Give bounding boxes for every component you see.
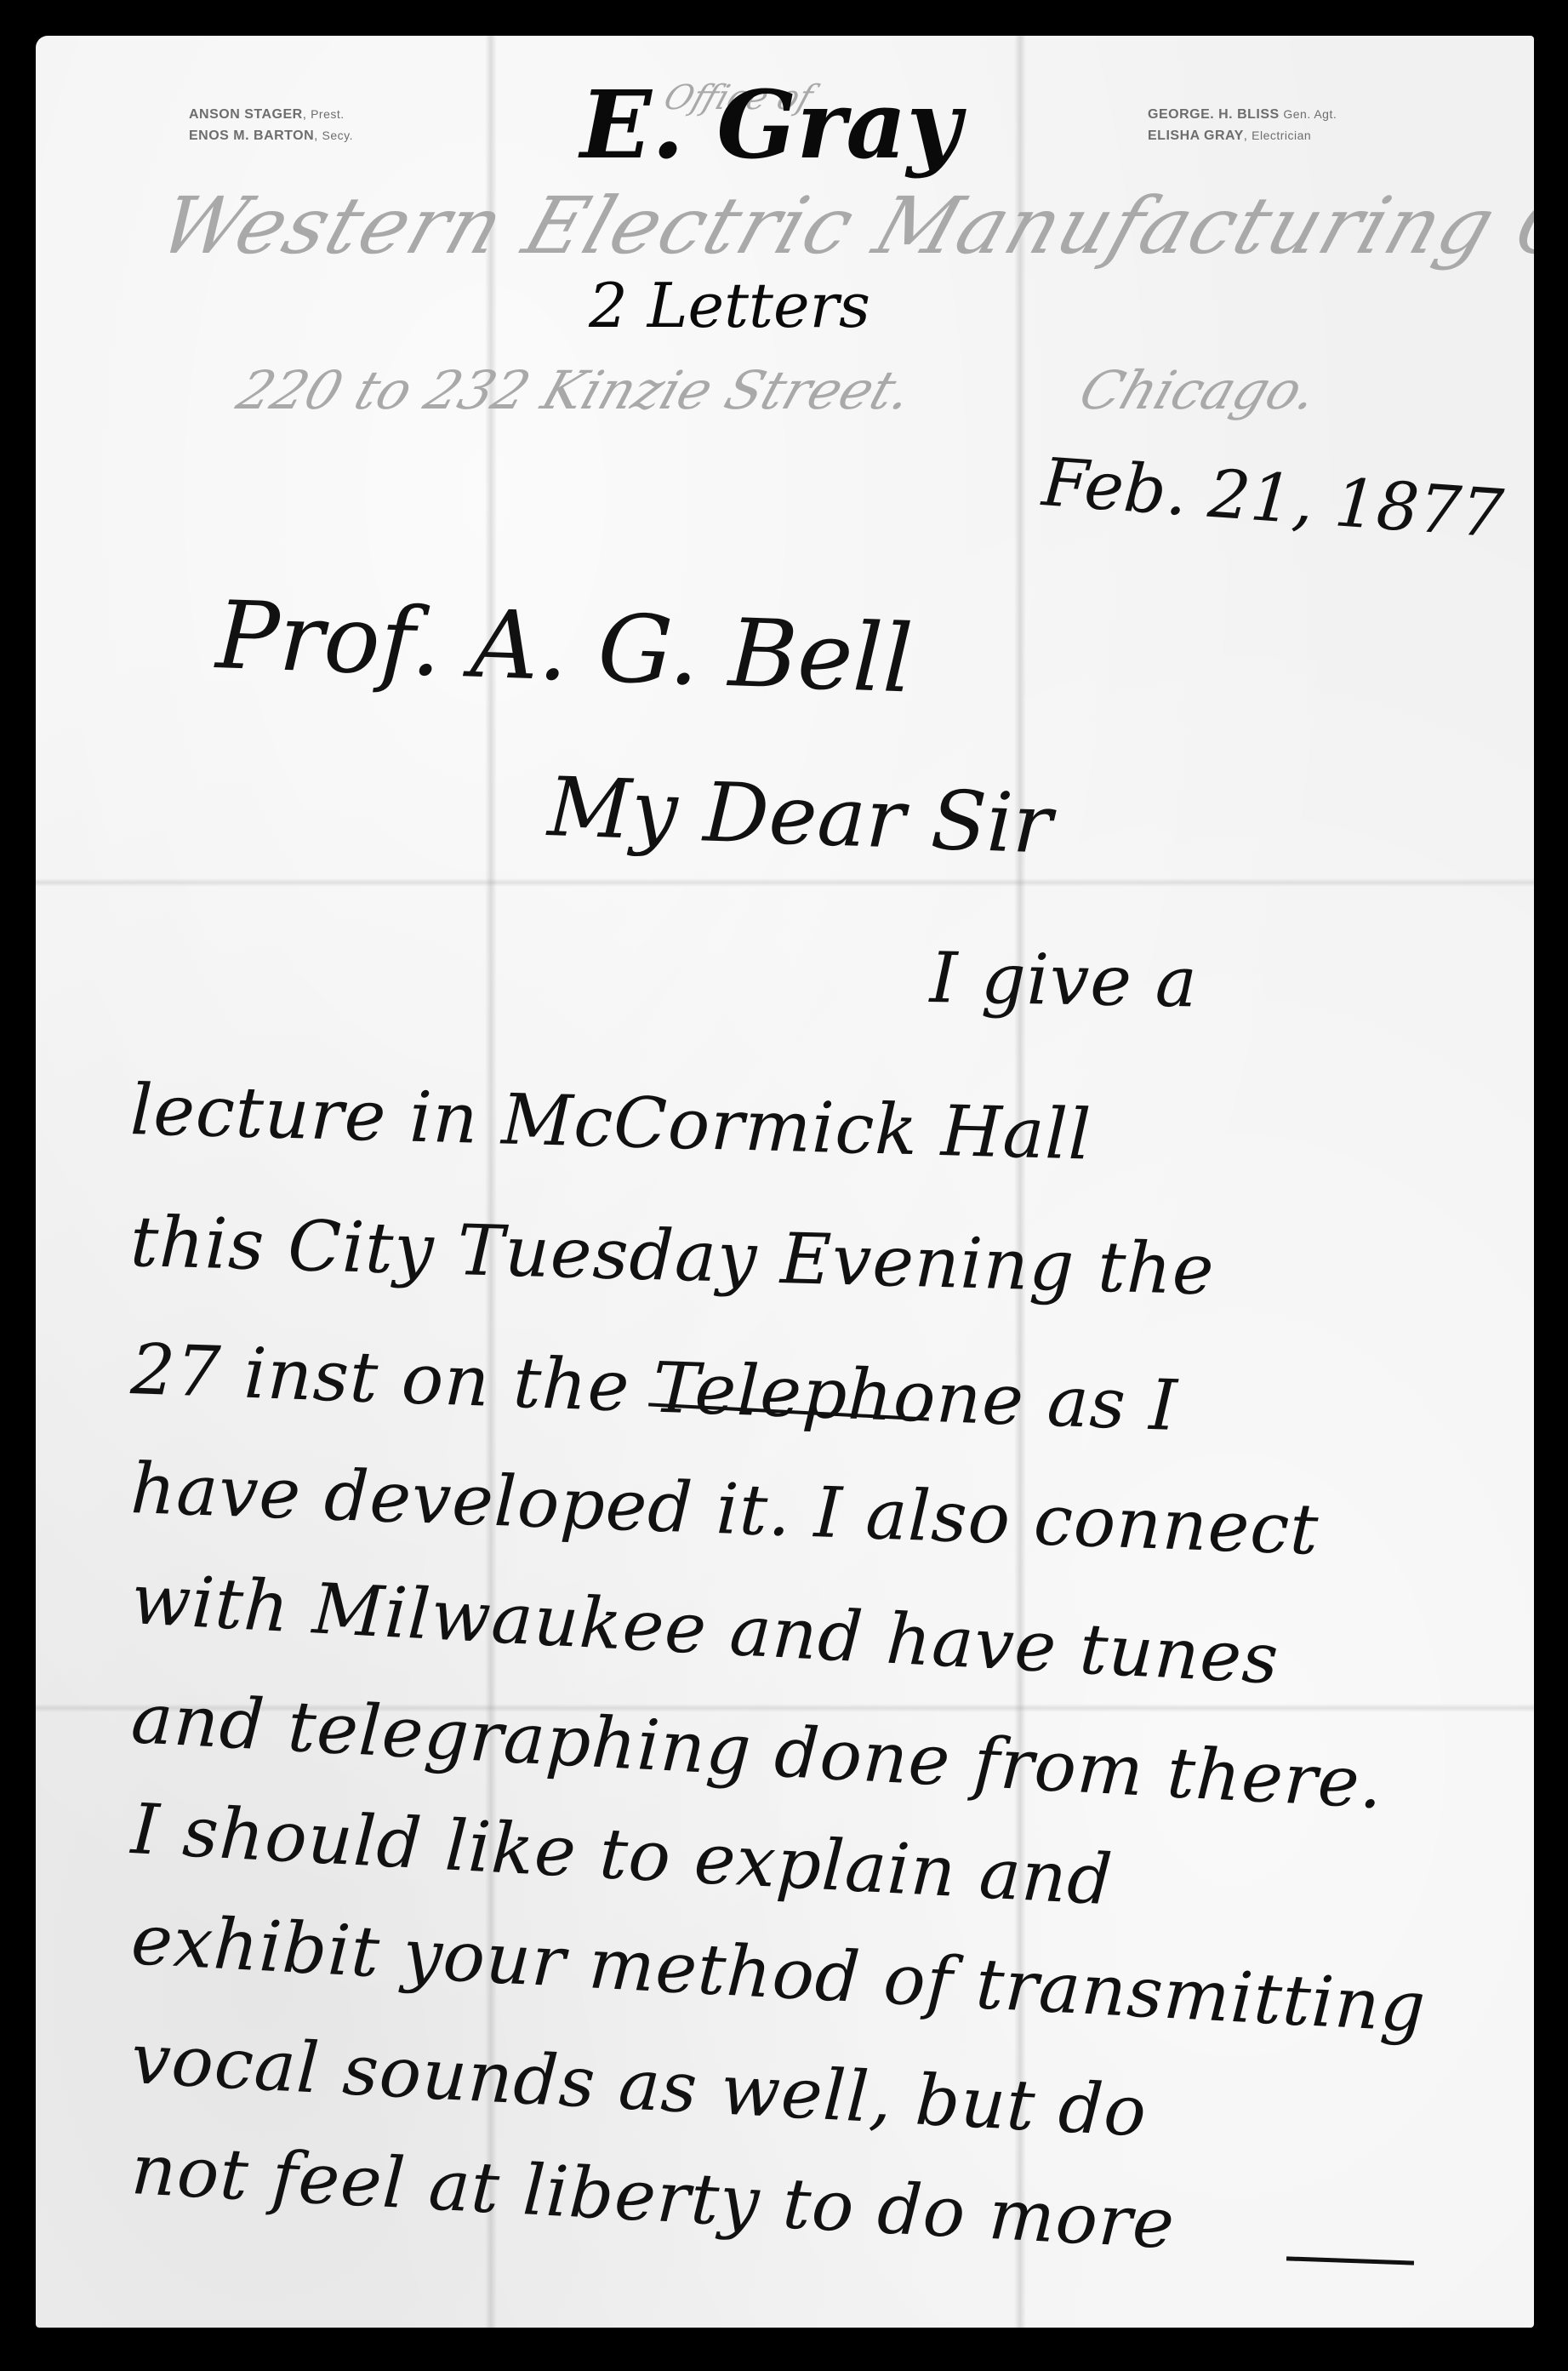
letter-body-line: this City Tuesday Evening the [129,1202,1216,1311]
letter-salutation: My Dear Sir [546,759,1053,872]
letter-body-line: lecture in McCormick Hall [129,1070,1092,1176]
letter-page: ANSON STAGER, Prest. ENOS M. BARTON, Sec… [36,36,1534,2328]
letter-date: Feb. 21, 1877 [1040,444,1506,553]
officer-name: GEORGE. H. BLISS [1148,107,1280,122]
letterhead-city: Chicago. [1072,359,1326,421]
officer-line: ANSON STAGER, Prest. [189,104,353,125]
officer-name: ELISHA GRAY [1148,129,1244,143]
underline-mark-more [1286,2256,1414,2265]
officer-line: ELISHA GRAY, Electrician [1148,125,1337,146]
letterhead-officers-left: ANSON STAGER, Prest. ENOS M. BARTON, Sec… [189,104,353,146]
letterhead-officers-right: GEORGE. H. BLISS Gen. Agt. ELISHA GRAY, … [1148,104,1337,146]
officer-name: ENOS M. BARTON [189,129,314,143]
archive-annotation-name: E. Gray [580,70,961,180]
letter-body-line: have developed it. I also connect [129,1448,1320,1571]
officer-name: ANSON STAGER [189,107,303,122]
fold-crease-horizontal-upper [36,878,1534,887]
letterhead-company-name: Western Electric Manufacturing Co. [149,180,1534,271]
letter-body-line: I give a [929,938,1199,1023]
officer-title: Prest. [311,107,345,121]
officer-title: Secy. [322,129,353,142]
letter-body-line: I should like to explain and [129,1789,1115,1921]
letter-body-line: vocal sounds as well, but do [129,2019,1149,2152]
officer-line: ENOS M. BARTON, Secy. [189,125,353,146]
officer-title: Electrician [1252,129,1311,142]
letterhead-street-address: 220 to 232 Kinzie Street. [230,359,921,421]
letter-body-line: with Milwaukee and have tunes [129,1559,1281,1700]
officer-line: GEORGE. H. BLISS Gen. Agt. [1148,104,1337,125]
letter-body-line: exhibit your method of transmitting [129,1900,1428,2048]
archive-annotation-note: 2 Letters [589,270,870,341]
officer-title: Gen. Agt. [1283,107,1337,121]
letter-addressee: Prof. A. G. Bell [214,580,915,714]
